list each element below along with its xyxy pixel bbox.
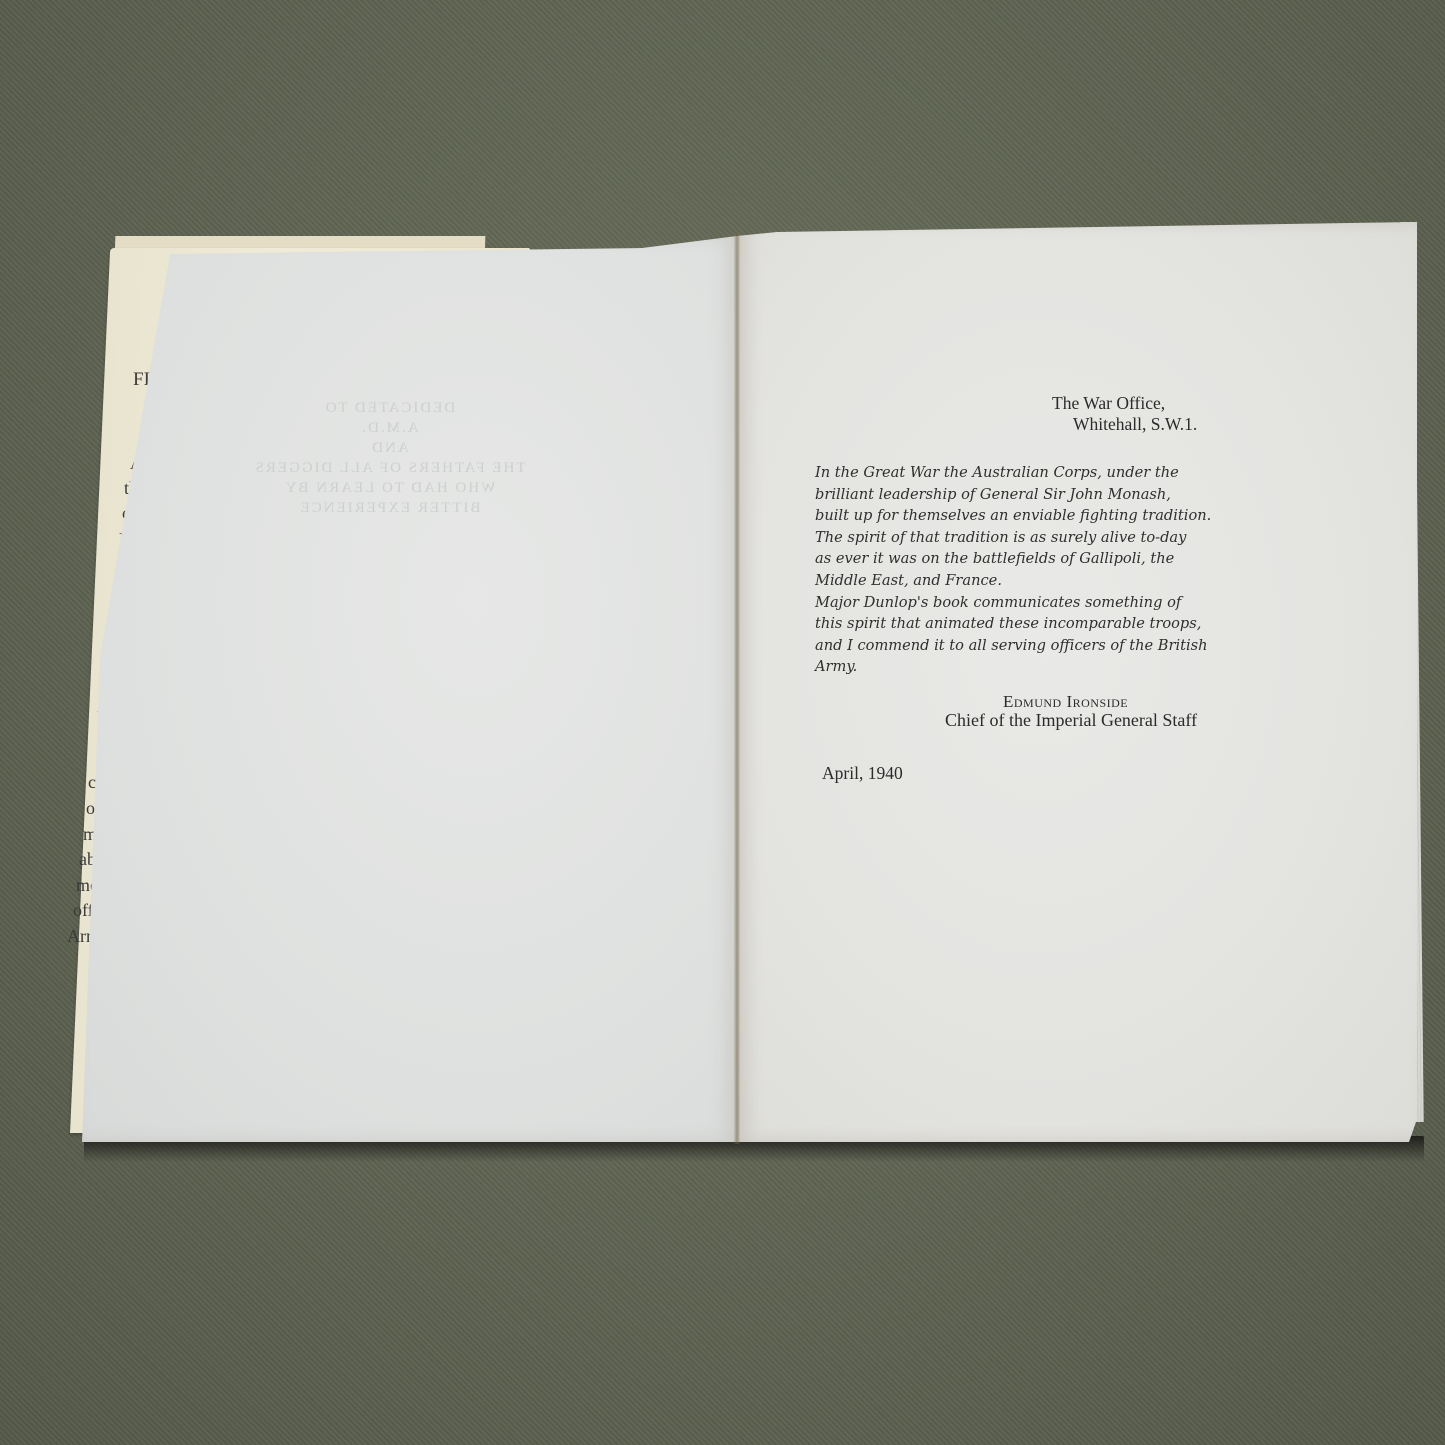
signature-name: Edmund Ironside (1003, 692, 1128, 712)
signature-title: Chief of the Imperial General Staff (945, 710, 1197, 731)
bleed-through-text: DEDICATED TO A.M.D. AND THE FATHERS OF A… (62, 398, 717, 518)
address-line-1: The War Office, (1052, 393, 1165, 414)
left-page: DEDICATED TO A.M.D. AND THE FATHERS OF A… (82, 236, 737, 1142)
foreword-line: Army. (815, 656, 1245, 678)
foreword-line: The spirit of that tradition is as surel… (815, 527, 1245, 549)
foreword-line: built up for themselves an enviable figh… (815, 505, 1245, 527)
bleed-line: BITTER EXPERIENCE (62, 498, 717, 518)
address-line-2: Whitehall, S.W.1. (1073, 414, 1197, 435)
right-page (737, 222, 1417, 1142)
foreword-line: and I commend it to all serving officers… (815, 635, 1245, 657)
book-gutter (734, 232, 740, 1144)
foreword-text: In the Great War the Australian Corps, u… (815, 462, 1245, 678)
foreword-line: this spirit that animated these incompar… (815, 613, 1245, 635)
foreword-line: Middle East, and France. (815, 570, 1245, 592)
photo-scene: FIG I Aus the of Mo the figh spir as s e… (0, 0, 1445, 1445)
foreword-line: brilliant leadership of General Sir John… (815, 484, 1245, 506)
foreword-line: Major Dunlop's book communicates somethi… (815, 592, 1245, 614)
bleed-line: AND (62, 438, 717, 458)
bleed-line: DEDICATED TO (62, 398, 717, 418)
bleed-line: A.M.D. (62, 418, 717, 438)
foreword-line: as ever it was on the battlefields of Ga… (815, 548, 1245, 570)
foreword-line: In the Great War the Australian Corps, u… (815, 462, 1245, 484)
letter-date: April, 1940 (822, 763, 903, 784)
bleed-line: THE FATHERS OF ALL DIGGERS (62, 458, 717, 478)
bleed-line: WHO HAD TO LEARN BY (62, 478, 717, 498)
